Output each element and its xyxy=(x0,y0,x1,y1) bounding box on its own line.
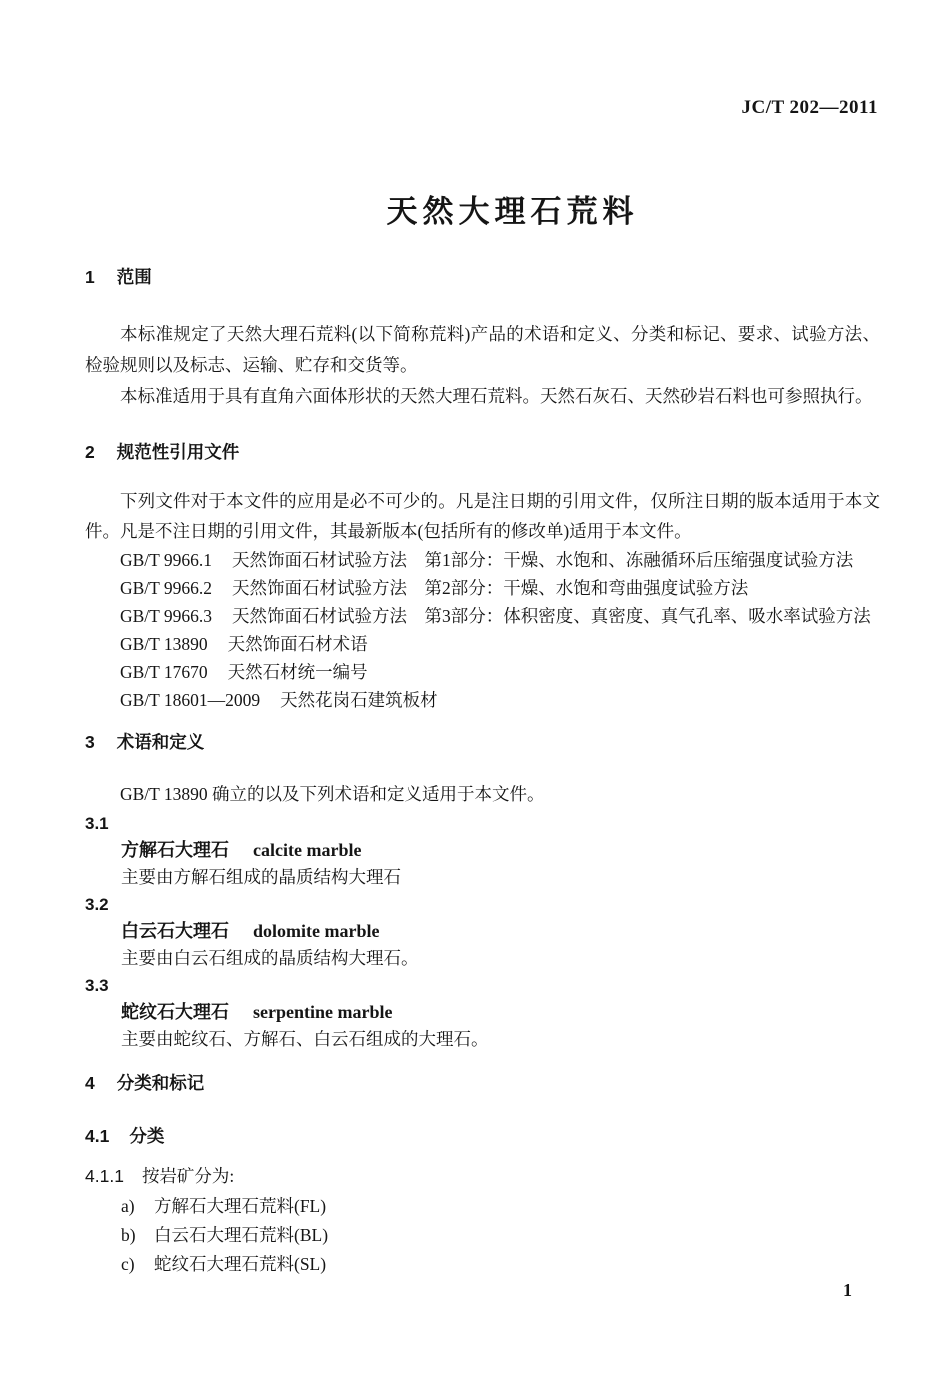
reference-code: GB/T 18601—2009 xyxy=(120,690,260,710)
section-2-heading: 2规范性引用文件 xyxy=(85,440,880,464)
subsection-4-1-number: 4.1 xyxy=(85,1124,109,1148)
reference-title: 天然饰面石材术语 xyxy=(228,634,368,654)
reference-title: 天然石材统一编号 xyxy=(228,662,368,682)
term-name-zh: 白云石大理石 xyxy=(121,921,229,941)
section-3-title: 术语和定义 xyxy=(117,732,205,752)
term-name: 方解石大理石calcite marble xyxy=(85,837,880,864)
section-2-title: 规范性引用文件 xyxy=(117,442,240,462)
clause-4-1-1: 4.1.1按岩矿分为: xyxy=(85,1164,880,1188)
subsection-4-1-heading: 4.1分类 xyxy=(85,1124,880,1148)
reference-list: GB/T 9966.1天然饰面石材试验方法 第1部分：干燥、水饱和、冻融循环后压… xyxy=(85,546,880,714)
reference-code: GB/T 9966.3 xyxy=(120,606,212,626)
term-entry: 3.3 蛇纹石大理石serpentine marble 主要由蛇纹石、方解石、白… xyxy=(85,972,880,1053)
term-name-en: calcite marble xyxy=(253,840,361,860)
item-marker: c) xyxy=(121,1250,154,1279)
clause-4-1-1-text: 按岩矿分为: xyxy=(142,1166,234,1186)
section-3-heading: 3术语和定义 xyxy=(85,730,880,754)
term-name: 白云石大理石dolomite marble xyxy=(85,918,880,945)
term-number: 3.3 xyxy=(85,972,880,999)
reference-item: GB/T 9966.3天然饰面石材试验方法 第3部分：体积密度、真密度、真气孔率… xyxy=(85,602,880,630)
reference-code: GB/T 9966.1 xyxy=(120,550,212,570)
item-marker: b) xyxy=(121,1221,154,1250)
term-name: 蛇纹石大理石serpentine marble xyxy=(85,999,880,1026)
section-3-number: 3 xyxy=(85,730,95,754)
document-body: 1范围 本标准规定了天然大理石荒料(以下简称荒料)产品的术语和定义、分类和标记、… xyxy=(85,265,880,1279)
classification-list: a)方解石大理石荒料(FL) b)白云石大理石荒料(BL) c)蛇纹石大理石荒料… xyxy=(85,1192,880,1279)
term-name-zh: 蛇纹石大理石 xyxy=(121,1002,229,1022)
term-number: 3.1 xyxy=(85,810,880,837)
clause-4-1-1-number: 4.1.1 xyxy=(85,1164,124,1188)
section-4-heading: 4分类和标记 xyxy=(85,1071,880,1095)
reference-item: GB/T 18601—2009天然花岗石建筑板材 xyxy=(85,686,880,714)
term-definition: 主要由蛇纹石、方解石、白云石组成的大理石。 xyxy=(85,1026,880,1053)
reference-item: GB/T 9966.1天然饰面石材试验方法 第1部分：干燥、水饱和、冻融循环后压… xyxy=(85,546,880,574)
term-name-en: dolomite marble xyxy=(253,921,379,941)
term-definition: 主要由方解石组成的晶质结构大理石 xyxy=(85,864,880,891)
reference-item: GB/T 13890天然饰面石材术语 xyxy=(85,630,880,658)
section-1-number: 1 xyxy=(85,265,95,289)
reference-code: GB/T 13890 xyxy=(120,634,208,654)
normative-references-intro: 下列文件对于本文件的应用是必不可少的。凡是注日期的引用文件，仅所注日期的版本适用… xyxy=(85,486,880,546)
item-text: 白云石大理石荒料(BL) xyxy=(154,1225,328,1245)
section-2-number: 2 xyxy=(85,440,95,464)
reference-code: GB/T 9966.2 xyxy=(120,578,212,598)
reference-title: 天然花岗石建筑板材 xyxy=(280,690,438,710)
section-1-heading: 1范围 xyxy=(85,265,880,289)
term-entry: 3.1 方解石大理石calcite marble 主要由方解石组成的晶质结构大理… xyxy=(85,810,880,891)
section-1-title: 范围 xyxy=(117,267,152,287)
section-4-title: 分类和标记 xyxy=(117,1073,205,1093)
item-marker: a) xyxy=(121,1192,154,1221)
reference-title: 天然饰面石材试验方法 第1部分：干燥、水饱和、冻融循环后压缩强度试验方法 xyxy=(232,550,853,570)
term-name-zh: 方解石大理石 xyxy=(121,840,229,860)
reference-title: 天然饰面石材试验方法 第3部分：体积密度、真密度、真气孔率、吸水率试验方法 xyxy=(232,606,871,626)
item-text: 方解石大理石荒料(FL) xyxy=(154,1196,326,1216)
terms-list: 3.1 方解石大理石calcite marble 主要由方解石组成的晶质结构大理… xyxy=(85,810,880,1053)
term-entry: 3.2 白云石大理石dolomite marble 主要由白云石组成的晶质结构大… xyxy=(85,891,880,972)
classification-item: b)白云石大理石荒料(BL) xyxy=(85,1221,880,1250)
page-number: 1 xyxy=(843,1280,852,1301)
classification-item: a)方解石大理石荒料(FL) xyxy=(85,1192,880,1221)
classification-item: c)蛇纹石大理石荒料(SL) xyxy=(85,1250,880,1279)
scope-paragraph-1: 本标准规定了天然大理石荒料(以下简称荒料)产品的术语和定义、分类和标记、要求、试… xyxy=(85,319,880,381)
terms-intro: GB/T 13890 确立的以及下列术语和定义适用于本文件。 xyxy=(85,780,880,808)
section-4-number: 4 xyxy=(85,1071,95,1095)
item-text: 蛇纹石大理石荒料(SL) xyxy=(154,1254,326,1274)
subsection-4-1-title: 分类 xyxy=(129,1126,164,1146)
document-page: JC/T 202—2011 天然大理石荒料 1范围 本标准规定了天然大理石荒料(… xyxy=(0,0,950,1388)
term-number: 3.2 xyxy=(85,891,880,918)
reference-item: GB/T 17670天然石材统一编号 xyxy=(85,658,880,686)
term-definition: 主要由白云石组成的晶质结构大理石。 xyxy=(85,945,880,972)
term-name-en: serpentine marble xyxy=(253,1002,392,1022)
reference-code: GB/T 17670 xyxy=(120,662,208,682)
reference-item: GB/T 9966.2天然饰面石材试验方法 第2部分：干燥、水饱和弯曲强度试验方… xyxy=(85,574,880,602)
reference-title: 天然饰面石材试验方法 第2部分：干燥、水饱和弯曲强度试验方法 xyxy=(232,578,748,598)
standard-code: JC/T 202—2011 xyxy=(741,97,878,119)
document-title: 天然大理石荒料 xyxy=(75,186,950,231)
scope-paragraph-2: 本标准适用于具有直角六面体形状的天然大理石荒料。天然石灰石、天然砂岩石料也可参照… xyxy=(85,381,880,412)
